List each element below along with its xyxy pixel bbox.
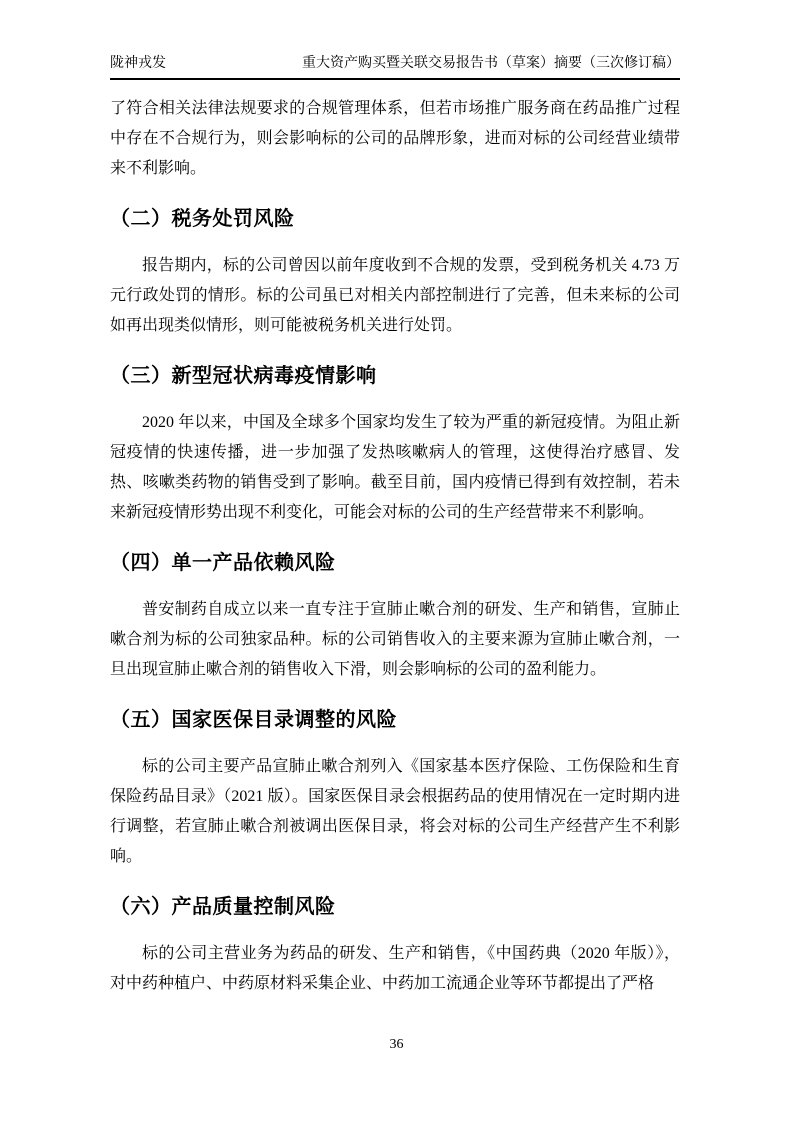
intro-paragraph: 了符合相关法律法规要求的合规管理体系，但若市场推广服务商在药品推广过程中存在不合… [110, 94, 680, 184]
page-number: 36 [390, 1037, 404, 1052]
document-content: 了符合相关法律法规要求的合规管理体系，但若市场推广服务商在药品推广过程中存在不合… [110, 94, 680, 999]
section-paragraph-product-quality-risk: 标的公司主营业务为药品的研发、生产和销售，《中国药典（2020 年版）》，对中药… [110, 939, 680, 999]
page-header: 陇神戎发 重大资产购买暨关联交易报告书（草案）摘要（三次修订稿） [110, 55, 680, 80]
section-heading-covid-impact: （三）新型冠状病毒疫情影响 [110, 363, 680, 389]
section-paragraph-medical-insurance-catalog-risk: 标的公司主要产品宣肺止嗽合剂列入《国家基本医疗保险、工伤保险和生育保险药品目录》… [110, 752, 680, 872]
document-page: 陇神戎发 重大资产购买暨关联交易报告书（草案）摘要（三次修订稿） 了符合相关法律… [0, 0, 793, 1122]
section-paragraph-single-product-risk: 普安制药自成立以来一直专注于宣肺止嗽合剂的研发、生产和销售，宣肺止嗽合剂为标的公… [110, 595, 680, 685]
section-heading-medical-insurance-catalog-risk: （五）国家医保目录调整的风险 [110, 707, 680, 733]
page-footer: 36 [0, 1036, 793, 1054]
header-document-title: 重大资产购买暨关联交易报告书（草案）摘要（三次修订稿） [302, 55, 680, 73]
section-heading-tax-penalty-risk: （二）税务处罚风险 [110, 206, 680, 232]
section-paragraph-tax-penalty-risk: 报告期内，标的公司曾因以前年度收到不合规的发票，受到税务机关 4.73 万元行政… [110, 251, 680, 341]
section-paragraph-covid-impact: 2020 年以来，中国及全球多个国家均发生了较为严重的新冠疫情。为阻止新冠疫情的… [110, 408, 680, 528]
header-company-name: 陇神戎发 [110, 55, 166, 73]
section-heading-single-product-risk: （四）单一产品依赖风险 [110, 550, 680, 576]
section-heading-product-quality-risk: （六）产品质量控制风险 [110, 894, 680, 920]
